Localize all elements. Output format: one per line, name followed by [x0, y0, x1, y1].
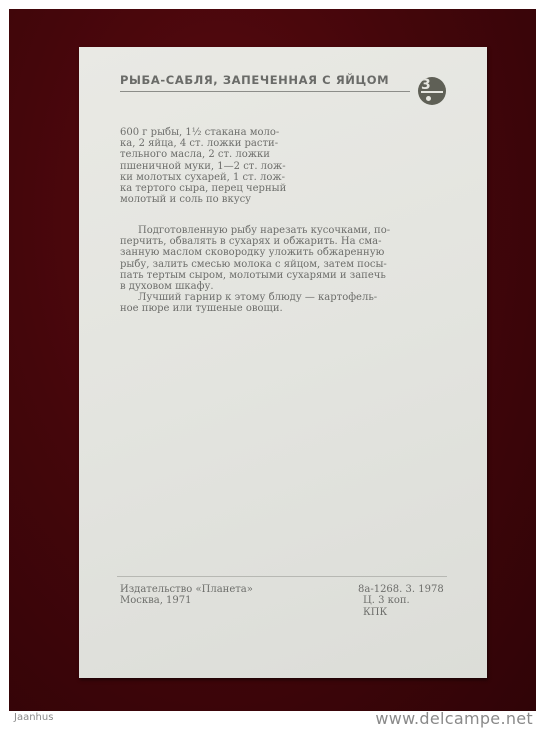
- method-line: Подготовленную рыбу нарезать кусочками, …: [120, 225, 330, 236]
- ingredient-line: пшеничной муки, 1—2 ст. лож-: [120, 161, 324, 172]
- seller-watermark: Jaanhus: [14, 712, 53, 723]
- recipe-title: РЫБА-САБЛЯ, ЗАПЕЧЕННАЯ С ЯЙЦОМ: [120, 73, 450, 87]
- ingredient-line: ки молотых сухарей, 1 ст. лож-: [120, 172, 324, 183]
- method-line: рыбу, залить смесью молока с яйцом, зате…: [120, 259, 330, 270]
- publisher-emblem-icon: 3: [418, 77, 446, 105]
- emblem-dot: [426, 96, 431, 101]
- cooking-method: Подготовленную рыбу нарезать кусочками, …: [120, 225, 330, 315]
- imprint-code-block: 8а-1268. 3. 1978 Ц. 3 коп. КПК: [358, 584, 444, 618]
- imprint-publisher-block: Издательство «Планета» Москва, 1971: [120, 584, 253, 607]
- footer-divider: [117, 576, 447, 577]
- publication-place-year: Москва, 1971: [120, 595, 253, 606]
- recipe-card: РЫБА-САБЛЯ, ЗАПЕЧЕННАЯ С ЯЙЦОМ 3 600 г р…: [79, 47, 487, 678]
- title-row: РЫБА-САБЛЯ, ЗАПЕЧЕННАЯ С ЯЙЦОМ: [120, 73, 450, 87]
- ingredient-line: молотый и соль по вкусу: [120, 194, 324, 205]
- title-underline: [120, 91, 410, 92]
- method-line: в духовом шкафу.: [120, 281, 330, 292]
- emblem-bar: [421, 91, 443, 93]
- method-line: Лучший гарнир к этому блюду — картофель-: [120, 292, 330, 303]
- ingredient-line: тельного масла, 2 ст. ложки: [120, 149, 324, 160]
- method-line: пать тертым сыром, молотыми сухарями и з…: [120, 270, 330, 281]
- publisher-name: Издательство «Планета»: [120, 584, 253, 595]
- ingredient-line: ка тертого сыра, перец черный: [120, 183, 324, 194]
- ingredient-line: 600 г рыбы, 1½ стакана моло-: [120, 127, 324, 138]
- method-line: перчить, обвалять в сухарях и обжарить. …: [120, 236, 330, 247]
- method-line: ное пюре или тушеные овощи.: [120, 303, 330, 314]
- price: Ц. 3 коп.: [358, 595, 444, 606]
- site-watermark[interactable]: www.delcampe.net: [375, 709, 533, 728]
- method-line: занную маслом сковородку уложить обжарен…: [120, 247, 330, 258]
- print-code: 8а-1268. 3. 1978: [358, 584, 444, 595]
- ingredient-line: ка, 2 яйца, 4 ст. ложки расти-: [120, 138, 324, 149]
- emblem-number: 3: [421, 78, 431, 92]
- ingredients-list: 600 г рыбы, 1½ стакана моло- ка, 2 яйца,…: [120, 127, 324, 205]
- printer-mark: КПК: [358, 607, 444, 618]
